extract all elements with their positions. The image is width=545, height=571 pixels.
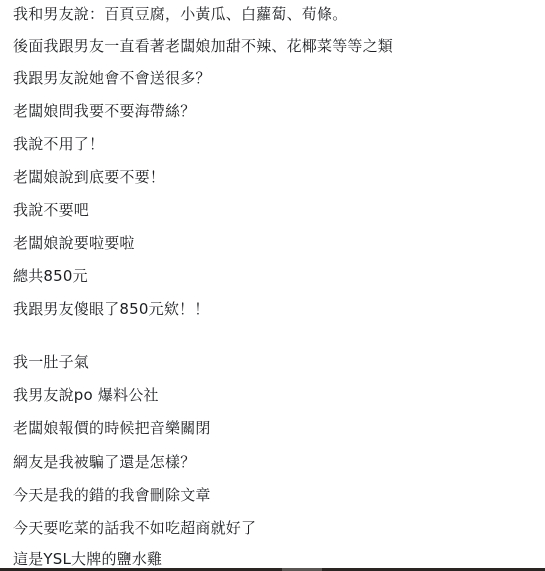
post-line: 老闆娘報價的時候把音樂關閉 <box>13 418 211 438</box>
post-line: 我男友說po 爆料公社 <box>13 385 159 405</box>
post-line: 老闆娘問我要不要海帶絲？ <box>13 101 195 121</box>
post-line: 我和男友說：百頁豆腐，小黃瓜、白蘿蔔、荀條。 <box>13 4 347 24</box>
post-line: 今天是我的錯的我會刪除文章 <box>13 485 211 505</box>
post-line: 老闆娘說要啦要啦 <box>13 233 135 253</box>
post-line: 我說不要吧 <box>13 200 89 220</box>
post-line: 網友是我被騙了還是怎樣？ <box>13 452 195 472</box>
post-line: 今天要吃菜的話我不如吃超商就好了 <box>13 518 256 538</box>
post-line: 我跟男友說她會不會送很多？ <box>13 68 211 88</box>
post-line: 我一肚子氣 <box>13 352 89 372</box>
post-line: 這是YSL大牌的鹽水雞 <box>13 549 162 569</box>
post-line: 老闆娘說到底要不要！ <box>13 167 165 187</box>
post-line: 總共850元 <box>13 266 88 286</box>
post-line: 後面我跟男友一直看著老闆娘加甜不辣、花椰菜等等之類 <box>13 36 393 56</box>
post-line: 我說不用了！ <box>13 134 104 154</box>
post-line: 我跟男友傻眼了850元欸！！ <box>13 299 209 319</box>
